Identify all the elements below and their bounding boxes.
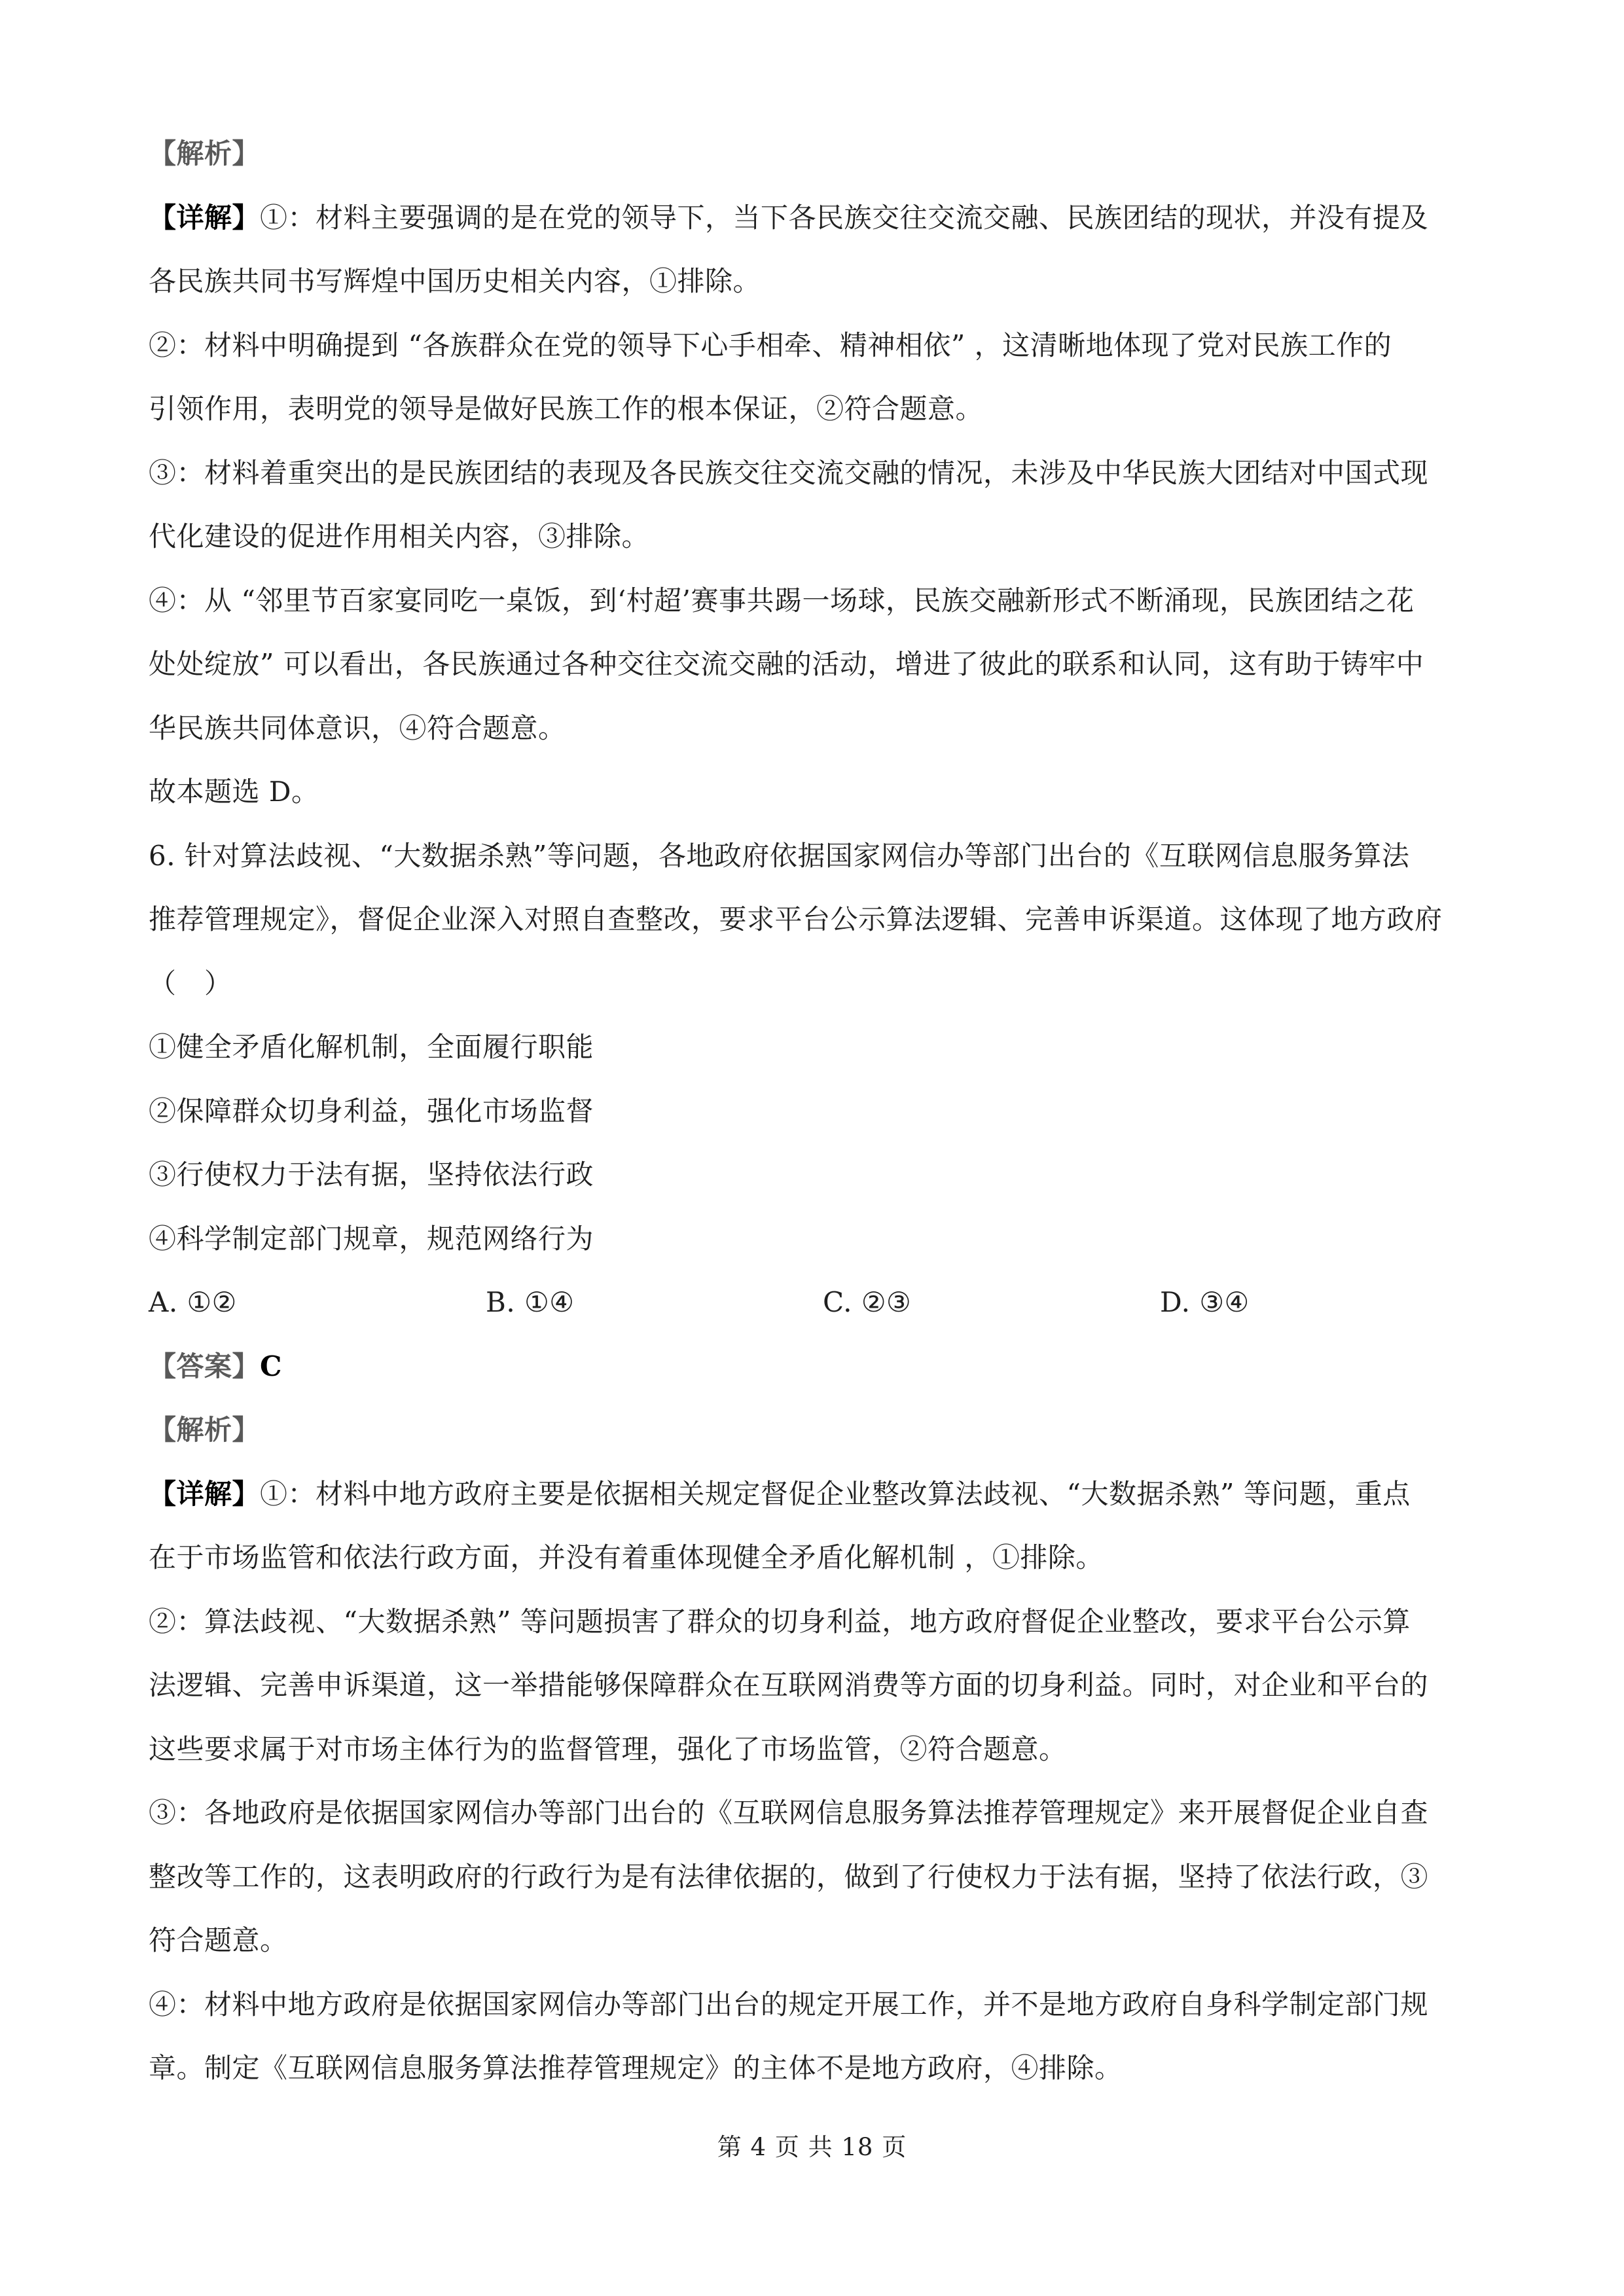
text-line: 法逻辑、完善申诉渠道，这一举措能够保障群众在互联网消费等方面的切身利益。同时，对… [149, 1653, 1487, 1717]
section-marker: 【详解】 [149, 202, 260, 234]
document-page: 【解析】【详解】①：材料主要强调的是在党的领导下，当下各民族交往交流交融、民族团… [0, 0, 1624, 2296]
text-segment: 在于市场监管和依法行政方面，并没有着重体现健全矛盾化解机制 ，①排除。 [149, 1541, 1104, 1573]
text-segment: （ ） [149, 967, 232, 999]
section-marker: 【答案】 [149, 1350, 260, 1382]
text-line: 整改等工作的，这表明政府的行政行为是有法律依据的，做到了行使权力于法有据，坚持了… [149, 1845, 1487, 1909]
text-line: ①健全矛盾化解机制，全面履行职能 [149, 1015, 1487, 1079]
answer-letter: C [260, 1350, 282, 1382]
text-line: 【解析】 [149, 1398, 1487, 1462]
text-line: ②：算法歧视、“大数据杀熟” 等问题损害了群众的切身利益，地方政府督促企业整改，… [149, 1590, 1487, 1654]
choice-option: B. ①④ [486, 1270, 823, 1335]
text-line: 这些要求属于对市场主体行为的监督管理，强化了市场监管，②符合题意。 [149, 1717, 1487, 1782]
text-line: 华民族共同体意识，④符合题意。 [149, 696, 1487, 761]
text-line: 【答案】C [149, 1335, 1487, 1399]
text-segment: 引领作用，表明党的领导是做好民族工作的根本保证，②符合题意。 [149, 393, 983, 425]
text-segment: ①：材料主要强调的是在党的领导下，当下各民族交往交流交融、民族团结的现状，并没有… [260, 202, 1428, 234]
text-line: 章。制定《互联网信息服务算法推荐管理规定》的主体不是地方政府，④排除。 [149, 2036, 1487, 2100]
text-segment: 法逻辑、完善申诉渠道，这一举措能够保障群众在互联网消费等方面的切身利益。同时，对… [149, 1669, 1428, 1701]
text-line: 【详解】①：材料主要强调的是在党的领导下，当下各民族交往交流交融、民族团结的现状… [149, 186, 1487, 250]
text-segment: 各民族共同书写辉煌中国历史相关内容，①排除。 [149, 265, 761, 297]
text-segment: ①：材料中地方政府主要是依据相关规定督促企业整改算法歧视、“大数据杀熟” 等问题… [260, 1478, 1411, 1510]
text-line: 【解析】 [149, 122, 1487, 186]
text-line: 【详解】①：材料中地方政府主要是依据相关规定督促企业整改算法歧视、“大数据杀熟”… [149, 1462, 1487, 1526]
text-segment: ③：各地政府是依据国家网信办等部门出台的《互联网信息服务算法推荐管理规定》来开展… [149, 1797, 1428, 1829]
text-segment: 处处绽放” 可以看出，各民族通过各种交往交流交融的活动，增进了彼此的联系和认同，… [149, 648, 1424, 680]
text-line: 6. 针对算法歧视、“大数据杀熟”等问题，各地政府依据国家网信办等部门出台的《互… [149, 824, 1487, 888]
text-line: ③行使权力于法有据，坚持依法行政 [149, 1143, 1487, 1207]
text-segment: ②：算法歧视、“大数据杀熟” 等问题损害了群众的切身利益，地方政府督促企业整改，… [149, 1605, 1411, 1638]
text-segment: 6. 针对算法歧视、“大数据杀熟”等问题，各地政府依据国家网信办等部门出台的《互… [149, 840, 1409, 872]
section-marker: 【解析】 [149, 137, 260, 170]
text-segment: 故本题选 D。 [149, 776, 319, 808]
text-segment: ④科学制定部门规章，规范网络行为 [149, 1223, 594, 1255]
text-line: 代化建设的促进作用相关内容，③排除。 [149, 505, 1487, 569]
document-lines: 【解析】【详解】①：材料主要强调的是在党的领导下，当下各民族交往交流交融、民族团… [149, 122, 1487, 2100]
text-segment: ③：材料着重突出的是民族团结的表现及各民族交往交流交融的情况，未涉及中华民族大团… [149, 457, 1428, 489]
choice-option: A. ①② [149, 1270, 486, 1335]
text-segment: 符合题意。 [149, 1924, 288, 1956]
page-number-footer: 第 4 页 共 18 页 [0, 2115, 1624, 2179]
text-line: ③：各地政府是依据国家网信办等部门出台的《互联网信息服务算法推荐管理规定》来开展… [149, 1781, 1487, 1845]
text-line: （ ） [149, 952, 1487, 1016]
text-line: 引领作用，表明党的领导是做好民族工作的根本保证，②符合题意。 [149, 377, 1487, 441]
text-segment: ①健全矛盾化解机制，全面履行职能 [149, 1031, 594, 1063]
text-segment: ④：材料中地方政府是依据国家网信办等部门出台的规定开展工作，并不是地方政府自身科… [149, 1988, 1428, 2020]
choice-option: D. ③④ [1160, 1270, 1250, 1335]
text-line: 推荐管理规定》，督促企业深入对照自查整改，要求平台公示算法逻辑、完善申诉渠道。这… [149, 888, 1487, 952]
text-segment: 代化建设的促进作用相关内容，③排除。 [149, 520, 649, 552]
text-segment: ②保障群众切身利益，强化市场监督 [149, 1095, 594, 1127]
text-line: 故本题选 D。 [149, 760, 1487, 824]
answer-choices-row: A. ①②B. ①④C. ②③D. ③④ [149, 1270, 1487, 1335]
text-segment: ③行使权力于法有据，坚持依法行政 [149, 1158, 594, 1191]
choice-option: C. ②③ [823, 1270, 1160, 1335]
text-segment: ②：材料中明确提到 “各族群众在党的领导下心手相牵、精神相依” ，这清晰地体现了… [149, 329, 1392, 361]
section-marker: 【解析】 [149, 1414, 260, 1446]
text-line: ④科学制定部门规章，规范网络行为 [149, 1207, 1487, 1271]
text-segment: ④：从 “邻里节百家宴同吃一桌饭，到‘村超’赛事共踢一场球，民族交融新形式不断涌… [149, 584, 1415, 617]
text-line: ②保障群众切身利益，强化市场监督 [149, 1079, 1487, 1143]
section-marker: 【详解】 [149, 1478, 260, 1510]
text-segment: 章。制定《互联网信息服务算法推荐管理规定》的主体不是地方政府，④排除。 [149, 2052, 1123, 2084]
text-line: 各民族共同书写辉煌中国历史相关内容，①排除。 [149, 249, 1487, 314]
text-segment: 这些要求属于对市场主体行为的监督管理，强化了市场监管，②符合题意。 [149, 1733, 1067, 1765]
text-segment: 整改等工作的，这表明政府的行政行为是有法律依据的，做到了行使权力于法有据，坚持了… [149, 1861, 1428, 1893]
text-line: 处处绽放” 可以看出，各民族通过各种交往交流交融的活动，增进了彼此的联系和认同，… [149, 632, 1487, 696]
text-line: 在于市场监管和依法行政方面，并没有着重体现健全矛盾化解机制 ，①排除。 [149, 1526, 1487, 1590]
text-line: ③：材料着重突出的是民族团结的表现及各民族交往交流交融的情况，未涉及中华民族大团… [149, 441, 1487, 505]
text-line: ④：从 “邻里节百家宴同吃一桌饭，到‘村超’赛事共踢一场球，民族交融新形式不断涌… [149, 569, 1487, 633]
text-segment: 华民族共同体意识，④符合题意。 [149, 712, 566, 744]
text-line: ②：材料中明确提到 “各族群众在党的领导下心手相牵、精神相依” ，这清晰地体现了… [149, 314, 1487, 378]
text-line: ④：材料中地方政府是依据国家网信办等部门出台的规定开展工作，并不是地方政府自身科… [149, 1973, 1487, 2037]
text-line: 符合题意。 [149, 1909, 1487, 1973]
text-segment: 推荐管理规定》，督促企业深入对照自查整改，要求平台公示算法逻辑、完善申诉渠道。这… [149, 903, 1443, 935]
